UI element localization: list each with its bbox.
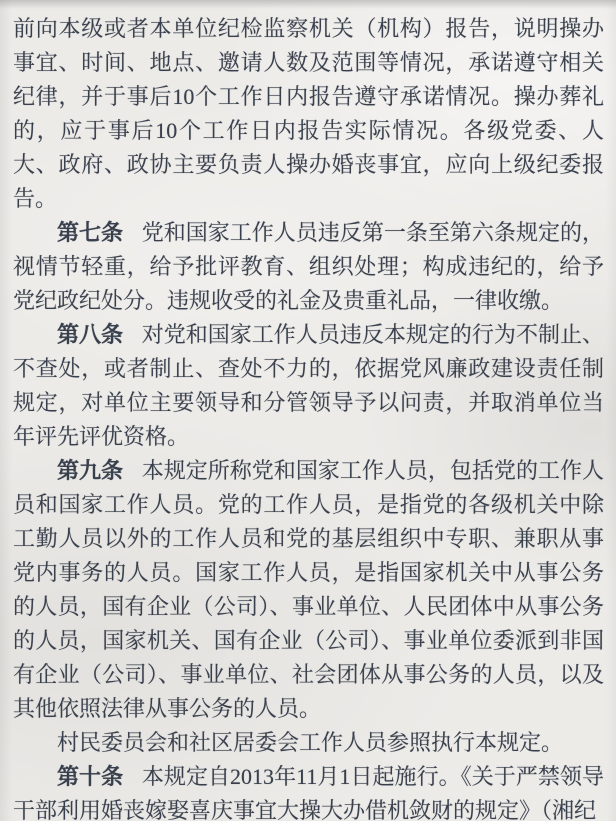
article-number: 第九条 — [57, 458, 123, 483]
paragraph-text: 前向本级或者本单位纪检监察机关（机构）报告，说明操办事宜、时间、地点、邀请人数及… — [13, 16, 604, 211]
article-number: 第七条 — [57, 220, 123, 245]
paragraph-text: 村民委员会和社区居委会工作人员参照执行本规定。 — [57, 730, 563, 755]
paragraph-text: 本规定所称党和国家工作人员，包括党的工作人员和国家工作人员。党的工作人员，是指党… — [13, 458, 604, 721]
paragraph-article-9: 第九条本规定所称党和国家工作人员，包括党的工作人员和国家工作人员。党的工作人员，… — [13, 454, 604, 726]
article-number: 第十条 — [57, 764, 123, 789]
paragraph: 前向本级或者本单位纪检监察机关（机构）报告，说明操办事宜、时间、地点、邀请人数及… — [13, 12, 604, 216]
paragraph-article-7: 第七条党和国家工作人员违反第一条至第六条规定的，视情节轻重，给予批评教育、组织处… — [13, 216, 604, 318]
article-number: 第八条 — [57, 322, 123, 347]
paragraph-article-8: 第八条对党和国家工作人员违反本规定的行为不制止、不查处，或者制止、查处不力的，依… — [13, 318, 604, 454]
paragraph-villager-committee: 村民委员会和社区居委会工作人员参照执行本规定。 — [13, 726, 604, 760]
paragraph-article-10: 第十条本规定自2013年11月1日起施行。《关于严禁领导干部利用婚丧嫁娶喜庆事宜… — [13, 760, 604, 821]
document-page: 前向本级或者本单位纪检监察机关（机构）报告，说明操办事宜、时间、地点、邀请人数及… — [0, 0, 616, 821]
